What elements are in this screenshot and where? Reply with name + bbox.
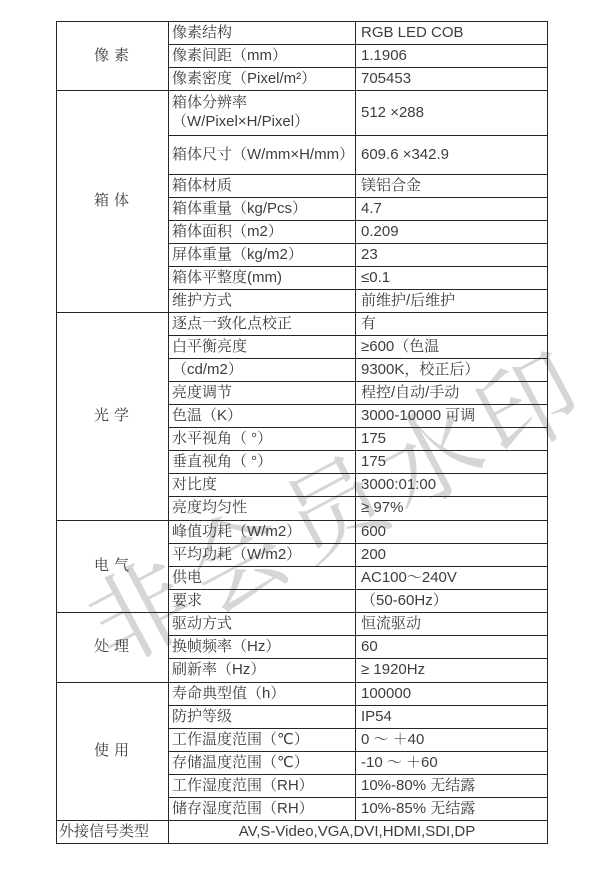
led-spec-table: 像素像素结构RGB LED COB像素间距（mm）1.1906像素密度（Pixe… xyxy=(56,21,548,844)
spec-value-cell: （50-60Hz） xyxy=(356,590,548,613)
spec-label-cell: 箱体材质 xyxy=(169,175,356,198)
spec-label-cell: 刷新率（Hz） xyxy=(169,659,356,683)
spec-label-cell: 像素结构 xyxy=(169,22,356,45)
spec-value-cell: 前维护/后维护 xyxy=(356,290,548,313)
spec-label-cell: 水平视角（ °） xyxy=(169,428,356,451)
spec-label-cell: 储存湿度范围（RH） xyxy=(169,798,356,821)
spec-value-cell: 恒流驱动 xyxy=(356,613,548,636)
spec-label-cell: 驱动方式 xyxy=(169,613,356,636)
spec-value-cell: AC100～240V xyxy=(356,567,548,590)
spec-label-cell: 平均功耗（W/m2） xyxy=(169,544,356,567)
table-row: 处理驱动方式恒流驱动 xyxy=(57,613,548,636)
spec-value-cell: 705453 xyxy=(356,68,548,91)
spec-value-cell: 60 xyxy=(356,636,548,659)
footer-value-cell: AV,S-Video,VGA,DVI,HDMI,SDI,DP xyxy=(169,821,548,844)
spec-value-cell: RGB LED COB xyxy=(356,22,548,45)
spec-sheet-page: 非会员水印 像素像素结构RGB LED COB像素间距（mm）1.1906像素密… xyxy=(0,0,613,878)
spec-label-cell: 白平衡亮度 xyxy=(169,336,356,359)
spec-value-cell: 4.7 xyxy=(356,198,548,221)
spec-label-cell: 箱体平整度(mm) xyxy=(169,267,356,290)
spec-value-cell: 0 ～ ＋40 xyxy=(356,729,548,752)
category-cell: 光学 xyxy=(57,313,169,521)
category-cell: 使用 xyxy=(57,683,169,821)
spec-value-cell: 10%-80% 无结露 xyxy=(356,775,548,798)
spec-value-cell: 3000:01:00 xyxy=(356,474,548,497)
spec-value-cell: 175 xyxy=(356,428,548,451)
spec-value-cell: 0.209 xyxy=(356,221,548,244)
spec-value-cell: 609.6 ×342.9 xyxy=(356,136,548,175)
spec-value-cell: -10 ～ ＋60 xyxy=(356,752,548,775)
spec-value-cell: ≥ 1920Hz xyxy=(356,659,548,683)
spec-label-cell: 箱体分辨率（W/Pixel×H/Pixel） xyxy=(169,91,356,136)
spec-label-cell: （cd/m2） xyxy=(169,359,356,382)
spec-label-cell: 工作温度范围（℃） xyxy=(169,729,356,752)
spec-label-cell: 峰值功耗（W/m2） xyxy=(169,521,356,544)
spec-label-cell: 供电 xyxy=(169,567,356,590)
spec-value-cell: ≤0.1 xyxy=(356,267,548,290)
spec-label-cell: 寿命典型值（h） xyxy=(169,683,356,706)
spec-label-cell: 箱体面积（m2） xyxy=(169,221,356,244)
spec-label-cell: 亮度均匀性 xyxy=(169,497,356,521)
spec-value-cell: 600 xyxy=(356,521,548,544)
spec-value-cell: 175 xyxy=(356,451,548,474)
spec-label-cell: 垂直视角（ °） xyxy=(169,451,356,474)
spec-label-cell: 换帧频率（Hz） xyxy=(169,636,356,659)
category-cell: 处理 xyxy=(57,613,169,683)
category-cell: 箱体 xyxy=(57,91,169,313)
spec-value-cell: ≥ 97% xyxy=(356,497,548,521)
spec-value-cell: 10%-85% 无结露 xyxy=(356,798,548,821)
spec-label-cell: 防护等级 xyxy=(169,706,356,729)
spec-value-cell: 1.1906 xyxy=(356,45,548,68)
spec-label-cell: 工作湿度范围（RH） xyxy=(169,775,356,798)
spec-label-cell: 像素密度（Pixel/m²） xyxy=(169,68,356,91)
spec-label-cell: 亮度调节 xyxy=(169,382,356,405)
spec-table-body: 像素像素结构RGB LED COB像素间距（mm）1.1906像素密度（Pixe… xyxy=(57,22,548,844)
spec-label-cell: 存储温度范围（℃） xyxy=(169,752,356,775)
spec-label-cell: 维护方式 xyxy=(169,290,356,313)
spec-label-cell: 色温（K） xyxy=(169,405,356,428)
spec-value-cell: 镁铝合金 xyxy=(356,175,548,198)
footer-category-cell: 外接信号类型 xyxy=(57,821,169,844)
spec-value-cell: 有 xyxy=(356,313,548,336)
spec-label-cell: 像素间距（mm） xyxy=(169,45,356,68)
category-cell: 电气 xyxy=(57,521,169,613)
table-row: 光学逐点一致化点校正有 xyxy=(57,313,548,336)
spec-value-cell: 3000-10000 可调 xyxy=(356,405,548,428)
spec-label-cell: 要求 xyxy=(169,590,356,613)
spec-label-cell: 箱体尺寸（W/mm×H/mm） xyxy=(169,136,356,175)
spec-value-cell: 100000 xyxy=(356,683,548,706)
spec-value-cell: IP54 xyxy=(356,706,548,729)
spec-value-cell: 200 xyxy=(356,544,548,567)
spec-value-cell: 23 xyxy=(356,244,548,267)
table-row: 使用寿命典型值（h）100000 xyxy=(57,683,548,706)
spec-value-cell: ≥600（色温 xyxy=(356,336,548,359)
spec-value-cell: 9300K，校正后） xyxy=(356,359,548,382)
spec-label-cell: 逐点一致化点校正 xyxy=(169,313,356,336)
table-row: 外接信号类型AV,S-Video,VGA,DVI,HDMI,SDI,DP xyxy=(57,821,548,844)
table-row: 电气峰值功耗（W/m2）600 xyxy=(57,521,548,544)
spec-value-cell: 程控/自动/手动 xyxy=(356,382,548,405)
category-cell: 像素 xyxy=(57,22,169,91)
spec-label-cell: 箱体重量（kg/Pcs） xyxy=(169,198,356,221)
table-row: 像素像素结构RGB LED COB xyxy=(57,22,548,45)
spec-value-cell: 512 ×288 xyxy=(356,91,548,136)
spec-label-cell: 屏体重量（kg/m2） xyxy=(169,244,356,267)
table-row: 箱体箱体分辨率（W/Pixel×H/Pixel）512 ×288 xyxy=(57,91,548,136)
spec-label-cell: 对比度 xyxy=(169,474,356,497)
